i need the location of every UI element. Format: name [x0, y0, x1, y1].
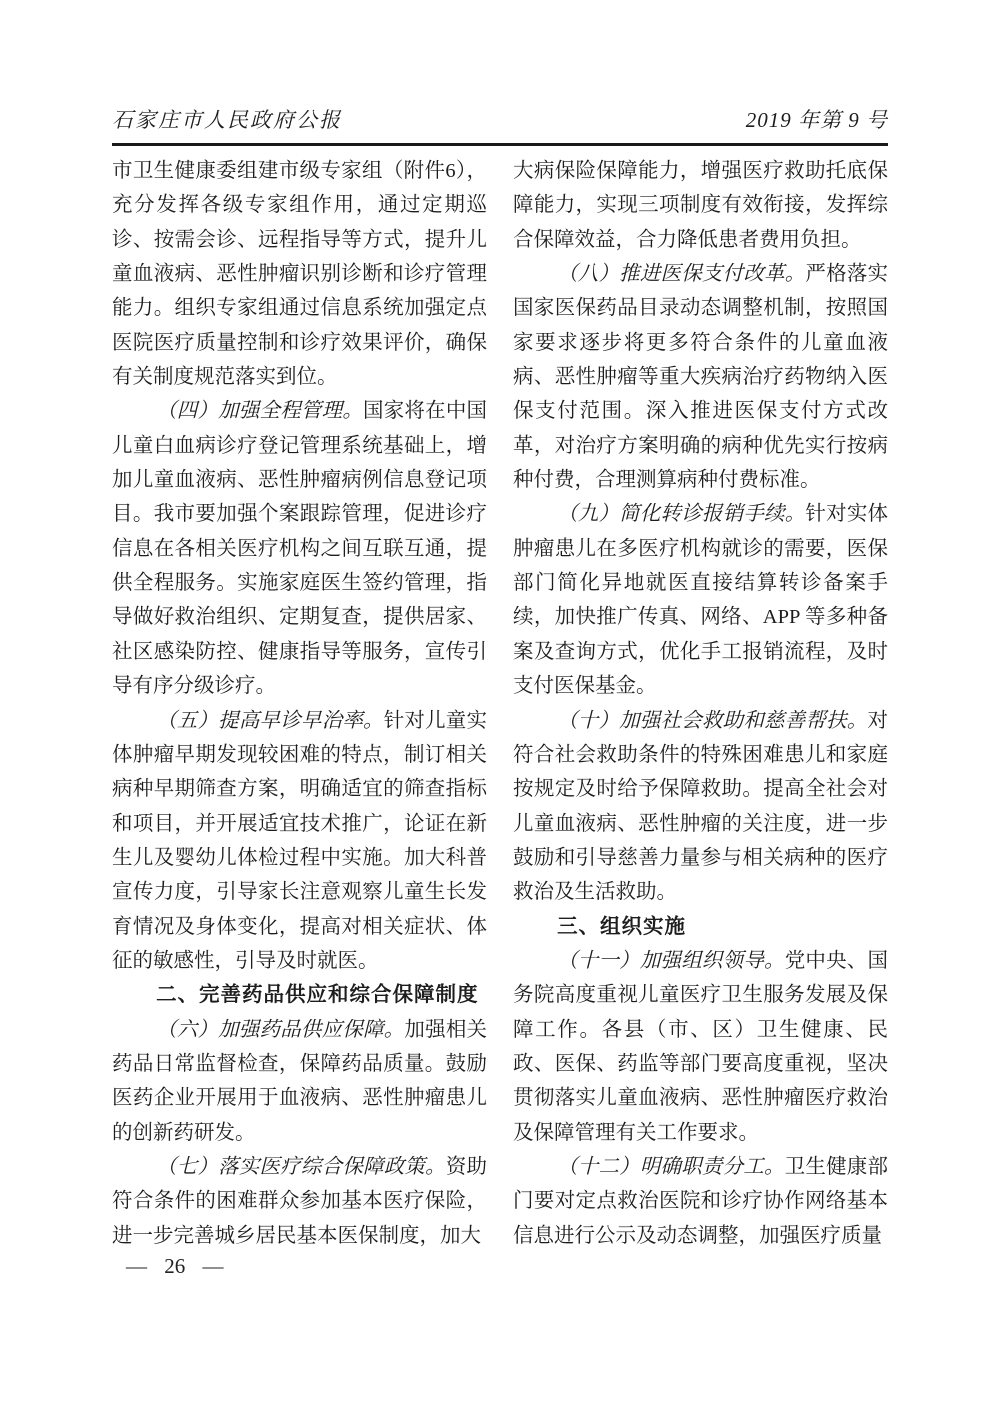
paragraph-lead: （五）提高早诊早治率。: [156, 710, 384, 732]
paragraph-lead: （十一）加强组织领导。: [557, 950, 785, 972]
text-columns: 市卫生健康委组建市级专家组（附件6），充分发挥各级专家组作用，通过定期巡诊、按需…: [112, 154, 888, 1253]
gazette-page: 石家庄市人民政府公报 2019 年第 9 号 市卫生健康委组建市级专家组（附件6…: [0, 0, 1000, 1414]
right-column: 大病保险保障能力，增强医疗救助托底保障能力，实现三项制度有效衔接，发挥综合保障效…: [513, 154, 888, 1253]
left-column: 市卫生健康委组建市级专家组（附件6），充分发挥各级专家组作用，通过定期巡诊、按需…: [112, 154, 487, 1253]
section-heading: 三、组织实施: [513, 910, 888, 944]
page-number: — 26 —: [126, 1254, 224, 1279]
paragraph-lead: （七）落实医疗综合保障政策。: [156, 1156, 446, 1178]
numbered-paragraph: （十）加强社会救助和慈善帮扶。对符合社会救助条件的特殊困难患儿和家庭按规定及时给…: [513, 704, 888, 910]
paragraph-lead: （六）加强药品供应保障。: [156, 1019, 404, 1041]
numbered-paragraph: （十二）明确职责分工。卫生健康部门要对定点救治医院和诊疗协作网络基本信息进行公示…: [513, 1150, 888, 1253]
issue-number: 2019 年第 9 号: [746, 104, 888, 134]
continuation-paragraph: 市卫生健康委组建市级专家组（附件6），充分发挥各级专家组作用，通过定期巡诊、按需…: [112, 154, 487, 394]
numbered-paragraph: （四）加强全程管理。国家将在中国儿童白血病诊疗登记管理系统基础上，增加儿童血液病…: [112, 394, 487, 703]
paragraph-lead: （十二）明确职责分工。: [557, 1156, 785, 1178]
section-heading: 二、完善药品供应和综合保障制度: [112, 978, 487, 1012]
continuation-paragraph: 大病保险保障能力，增强医疗救助托底保障能力，实现三项制度有效衔接，发挥综合保障效…: [513, 154, 888, 257]
publication-title: 石家庄市人民政府公报: [112, 104, 342, 134]
page-header: 石家庄市人民政府公报 2019 年第 9 号: [112, 104, 888, 146]
paragraph-lead: （四）加强全程管理。: [156, 400, 363, 422]
numbered-paragraph: （五）提高早诊早治率。针对儿童实体肿瘤早期发现较困难的特点，制订相关病种早期筛查…: [112, 704, 487, 979]
numbered-paragraph: （九）简化转诊报销手续。针对实体肿瘤患儿在多医疗机构就诊的需要，医保部门简化异地…: [513, 497, 888, 703]
paragraph-lead: （八）推进医保支付改革。: [557, 263, 805, 285]
paragraph-lead: （十）加强社会救助和慈善帮扶。: [557, 710, 867, 732]
numbered-paragraph: （八）推进医保支付改革。严格落实国家医保药品目录动态调整机制，按照国家要求逐步将…: [513, 257, 888, 497]
numbered-paragraph: （七）落实医疗综合保障政策。资助符合条件的困难群众参加基本医疗保险，进一步完善城…: [112, 1150, 487, 1253]
numbered-paragraph: （六）加强药品供应保障。加强相关药品日常监督检查，保障药品质量。鼓励医药企业开展…: [112, 1013, 487, 1150]
paragraph-lead: （九）简化转诊报销手续。: [557, 503, 805, 525]
numbered-paragraph: （十一）加强组织领导。党中央、国务院高度重视儿童医疗卫生服务发展及保障工作。各县…: [513, 944, 888, 1150]
